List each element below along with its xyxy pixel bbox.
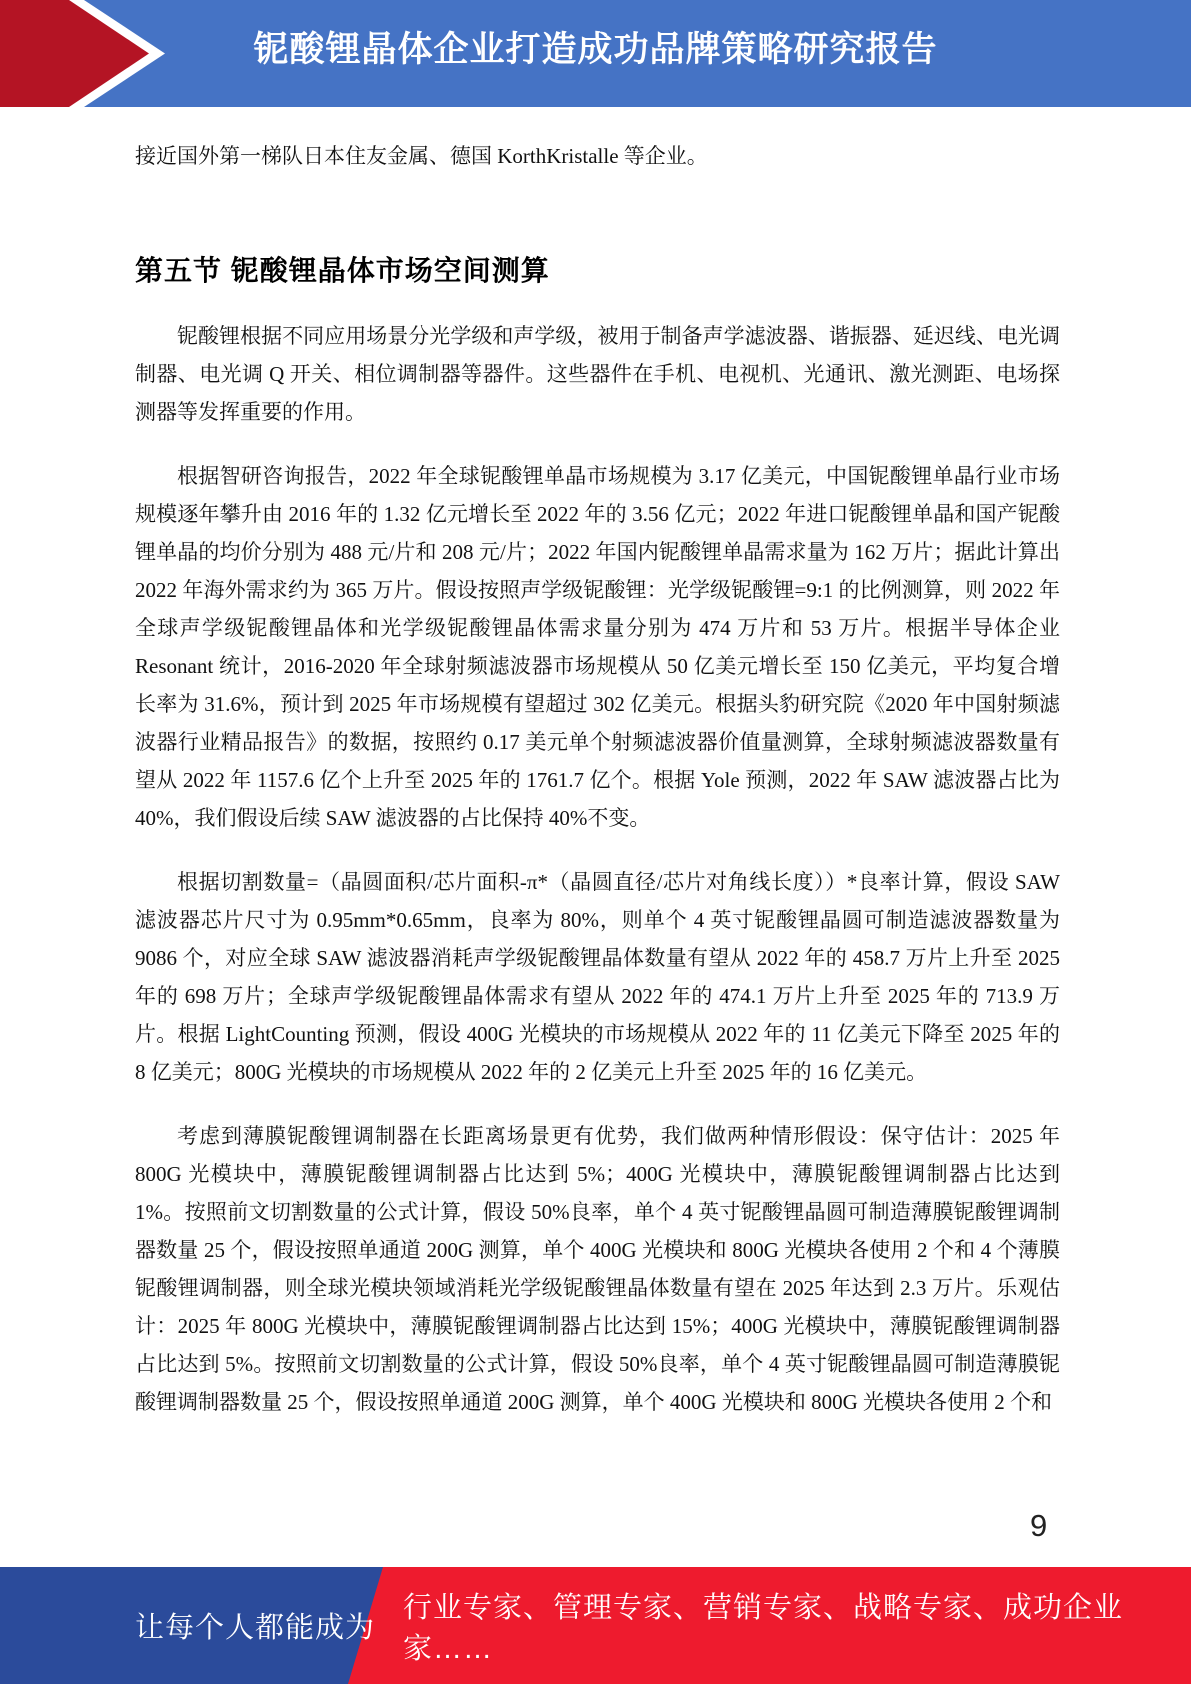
section-heading: 第五节 铌酸锂晶体市场空间测算 <box>135 251 1060 291</box>
lead-line: 接近国外第一梯队日本住友金属、德国 KorthKristalle 等企业。 <box>135 137 1060 175</box>
footer-slogan-left: 让每个人都能成为 <box>135 1567 375 1684</box>
document-content: 接近国外第一梯队日本住友金属、德国 KorthKristalle 等企业。 第五… <box>135 107 1060 1421</box>
page-title: 铌酸锂晶体企业打造成功品牌策略研究报告 <box>253 22 937 72</box>
page-number: 9 <box>1030 1508 1047 1544</box>
paragraph: 根据切割数量=（晶圆面积/芯片面积-π*（晶圆直径/芯片对角线长度））*良率计算… <box>135 863 1060 1091</box>
paragraph: 铌酸锂根据不同应用场景分光学级和声学级，被用于制备声学滤波器、谐振器、延迟线、电… <box>135 317 1060 431</box>
chevron-arrow-icon <box>0 0 170 107</box>
header-bar: 铌酸锂晶体企业打造成功品牌策略研究报告 <box>0 0 1191 107</box>
paragraph: 根据智研咨询报告，2022 年全球铌酸锂单晶市场规模为 3.17 亿美元，中国铌… <box>135 457 1060 837</box>
footer-slogan-right: 行业专家、管理专家、营销专家、战略专家、成功企业家…… <box>403 1567 1191 1684</box>
paragraph: 考虑到薄膜铌酸锂调制器在长距离场景更有优势，我们做两种情形假设：保守估计：202… <box>135 1117 1060 1421</box>
footer-banner: 让每个人都能成为 行业专家、管理专家、营销专家、战略专家、成功企业家…… <box>0 1567 1191 1684</box>
